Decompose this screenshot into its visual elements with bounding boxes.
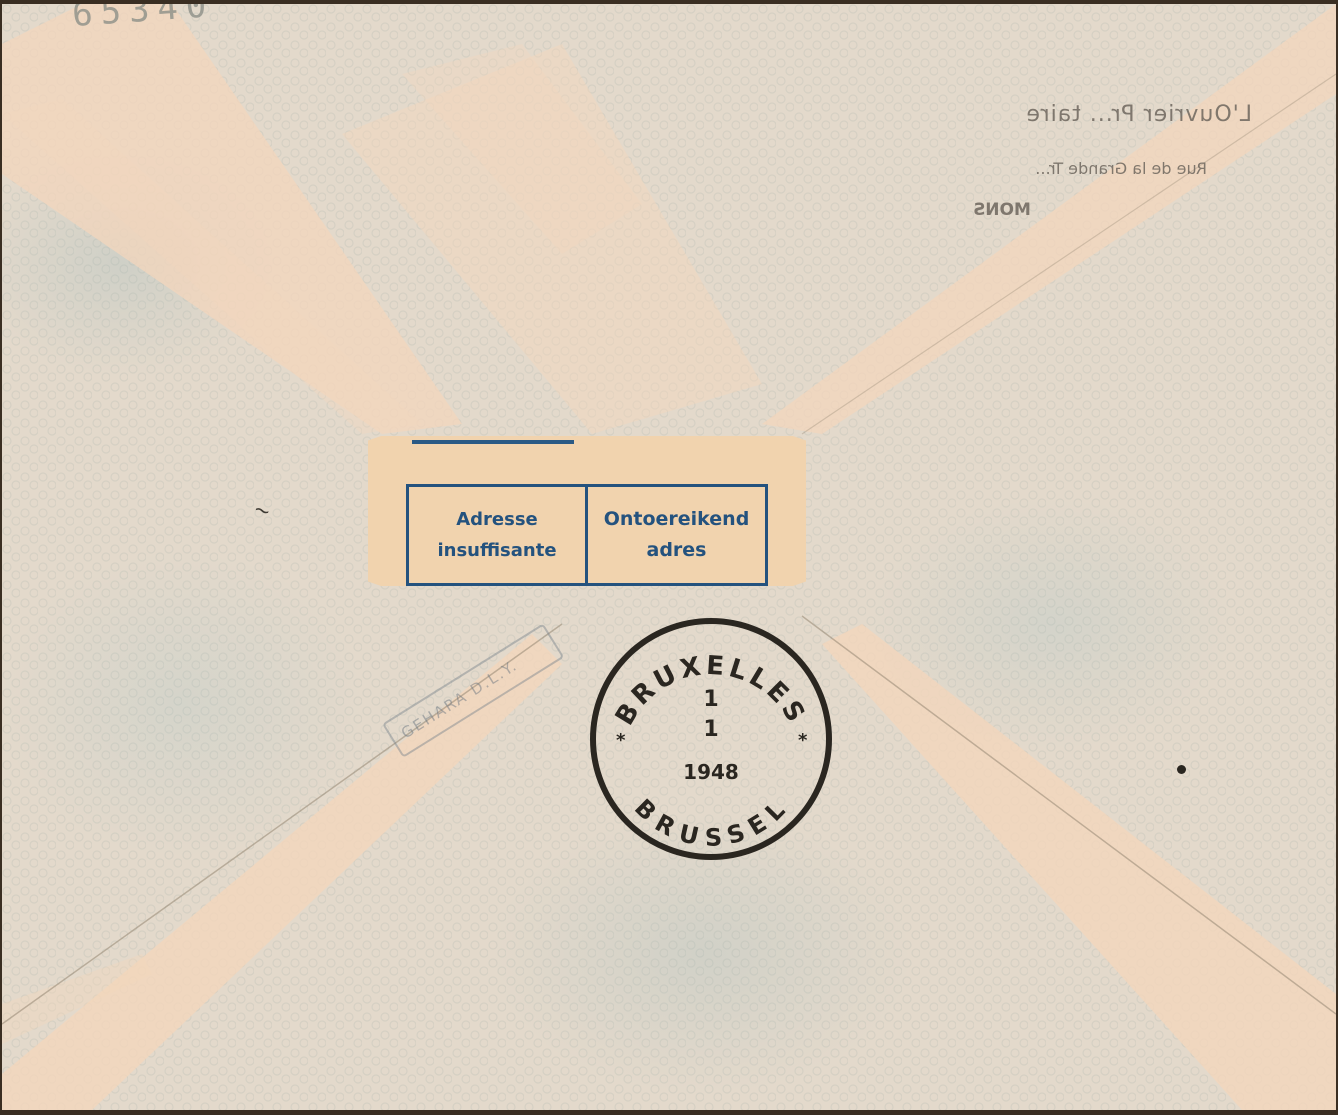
label-french-line1: Adresse bbox=[456, 504, 538, 535]
label-french-line2: insuffisante bbox=[437, 535, 556, 566]
return-address-city: MONS bbox=[962, 200, 1042, 220]
postmark-day: 1 bbox=[703, 687, 718, 712]
return-address-line1: L'Ouvrier Pr... taire bbox=[782, 102, 1252, 127]
svg-text:*: * bbox=[798, 730, 808, 751]
label-french: Adresse insuffisante bbox=[409, 487, 588, 583]
label-dutch-line2: adres bbox=[647, 535, 707, 566]
svg-text:*: * bbox=[616, 730, 626, 751]
label-dutch-line1: Ontoereikend bbox=[604, 504, 750, 535]
postmark: BRUXELLES BRUSSEL 1 1 1948 * * bbox=[586, 614, 836, 864]
envelope-back: 65340 L'Ouvrier Pr... taire Rue de la Gr… bbox=[2, 4, 1336, 1110]
label-top-stripe bbox=[412, 440, 574, 444]
label-dutch: Ontoereikend adres bbox=[588, 487, 765, 583]
postmark-number: 1 bbox=[703, 717, 718, 742]
return-address-line2: Rue de la Grande Tr... bbox=[917, 159, 1207, 178]
label-box: Adresse insuffisante Ontoereikend adres bbox=[406, 484, 768, 586]
ink-dot bbox=[1177, 765, 1186, 774]
postmark-year: 1948 bbox=[683, 760, 739, 784]
